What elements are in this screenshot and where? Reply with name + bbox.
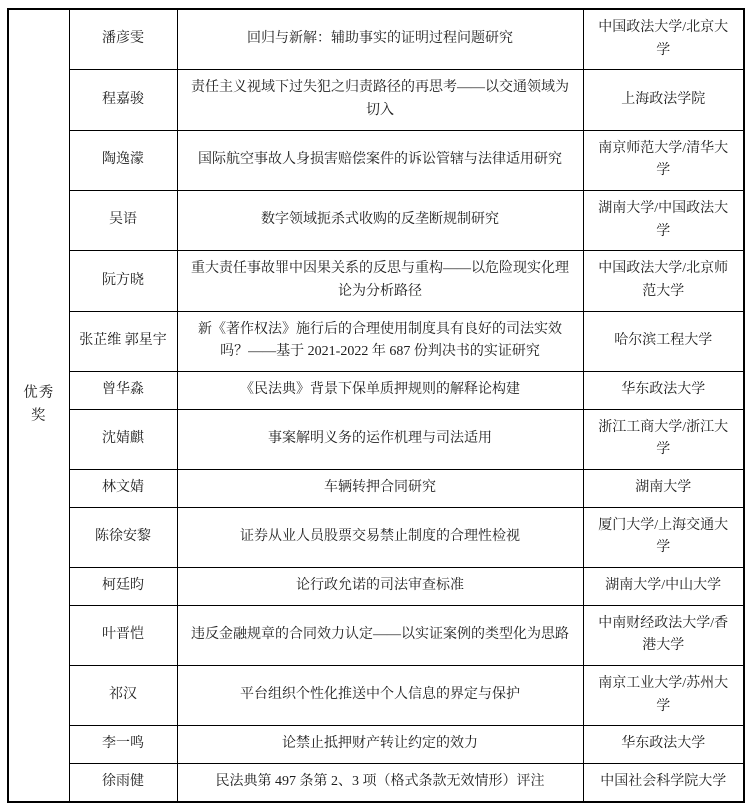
table-row: 程嘉骏 责任主义视域下过失犯之归责路径的再思考——以交通领域为切入 上海政法学院 — [8, 70, 744, 130]
winner-name: 林文婧 — [69, 470, 177, 508]
winner-school: 湖南大学/中山大学 — [583, 568, 744, 606]
winner-school: 湖南大学 — [583, 470, 744, 508]
winner-school: 浙江工商大学/浙江大学 — [583, 409, 744, 469]
page: 优秀奖 潘彦雯 回归与新解：辅助事实的证明过程问题研究 中国政法大学/北京大学 … — [0, 0, 750, 811]
table-row: 曾华淼 《民法典》背景下保单质押规则的解释论构建 华东政法大学 — [8, 372, 744, 410]
winner-name: 沈婧麒 — [69, 409, 177, 469]
winner-name: 张芷维 郭星宇 — [69, 311, 177, 371]
table-row: 徐雨健 民法典第 497 条第 2、3 项（格式条款无效情形）评注 中国社会科学… — [8, 764, 744, 802]
table-row: 陶逸濛 国际航空事故人身损害赔偿案件的诉讼管辖与法律适用研究 南京师范大学/清华… — [8, 130, 744, 190]
winner-name: 徐雨健 — [69, 764, 177, 802]
table-row: 柯廷昀 论行政允诺的司法审查标准 湖南大学/中山大学 — [8, 568, 744, 606]
paper-title: 责任主义视域下过失犯之归责路径的再思考——以交通领域为切入 — [177, 70, 583, 130]
paper-title: 平台组织个性化推送中个人信息的界定与保护 — [177, 666, 583, 726]
table-row: 祁汉 平台组织个性化推送中个人信息的界定与保护 南京工业大学/苏州大学 — [8, 666, 744, 726]
paper-title: 论行政允诺的司法审查标准 — [177, 568, 583, 606]
winner-school: 上海政法学院 — [583, 70, 744, 130]
winner-school: 湖南大学/中国政法大学 — [583, 191, 744, 251]
winner-school: 华东政法大学 — [583, 726, 744, 764]
awards-table-body: 优秀奖 潘彦雯 回归与新解：辅助事实的证明过程问题研究 中国政法大学/北京大学 … — [8, 9, 744, 802]
winner-name: 吴语 — [69, 191, 177, 251]
winner-school: 南京师范大学/清华大学 — [583, 130, 744, 190]
winner-name: 祁汉 — [69, 666, 177, 726]
winner-school: 南京工业大学/苏州大学 — [583, 666, 744, 726]
paper-title: 违反金融规章的合同效力认定——以实证案例的类型化为思路 — [177, 605, 583, 665]
paper-title: 事案解明义务的运作机理与司法适用 — [177, 409, 583, 469]
table-row: 阮方晓 重大责任事故罪中因果关系的反思与重构——以危险现实化理论为分析路径 中国… — [8, 251, 744, 311]
winner-school: 哈尔滨工程大学 — [583, 311, 744, 371]
winner-school: 华东政法大学 — [583, 372, 744, 410]
winner-name: 李一鸣 — [69, 726, 177, 764]
paper-title: 国际航空事故人身损害赔偿案件的诉讼管辖与法律适用研究 — [177, 130, 583, 190]
winner-school: 中南财经政法大学/香港大学 — [583, 605, 744, 665]
paper-title: 《民法典》背景下保单质押规则的解释论构建 — [177, 372, 583, 410]
winner-name: 阮方晓 — [69, 251, 177, 311]
awards-table: 优秀奖 潘彦雯 回归与新解：辅助事实的证明过程问题研究 中国政法大学/北京大学 … — [7, 8, 745, 803]
table-row: 陈徐安黎 证券从业人员股票交易禁止制度的合理性检视 厦门大学/上海交通大学 — [8, 507, 744, 567]
paper-title: 新《著作权法》施行后的合理使用制度具有良好的司法实效吗？——基于 2021-20… — [177, 311, 583, 371]
table-row: 李一鸣 论禁止抵押财产转让约定的效力 华东政法大学 — [8, 726, 744, 764]
table-row: 张芷维 郭星宇 新《著作权法》施行后的合理使用制度具有良好的司法实效吗？——基于… — [8, 311, 744, 371]
table-row: 叶晋恺 违反金融规章的合同效力认定——以实证案例的类型化为思路 中南财经政法大学… — [8, 605, 744, 665]
paper-title: 车辆转押合同研究 — [177, 470, 583, 508]
winner-name: 叶晋恺 — [69, 605, 177, 665]
winner-name: 潘彦雯 — [69, 9, 177, 70]
paper-title: 数字领域扼杀式收购的反垄断规制研究 — [177, 191, 583, 251]
paper-title: 回归与新解：辅助事实的证明过程问题研究 — [177, 9, 583, 70]
winner-school: 中国政法大学/北京师范大学 — [583, 251, 744, 311]
winner-school: 中国社会科学院大学 — [583, 764, 744, 802]
winner-name: 曾华淼 — [69, 372, 177, 410]
paper-title: 民法典第 497 条第 2、3 项（格式条款无效情形）评注 — [177, 764, 583, 802]
table-row: 林文婧 车辆转押合同研究 湖南大学 — [8, 470, 744, 508]
winner-school: 中国政法大学/北京大学 — [583, 9, 744, 70]
paper-title: 重大责任事故罪中因果关系的反思与重构——以危险现实化理论为分析路径 — [177, 251, 583, 311]
table-row: 吴语 数字领域扼杀式收购的反垄断规制研究 湖南大学/中国政法大学 — [8, 191, 744, 251]
winner-name: 陈徐安黎 — [69, 507, 177, 567]
paper-title: 证券从业人员股票交易禁止制度的合理性检视 — [177, 507, 583, 567]
table-row: 沈婧麒 事案解明义务的运作机理与司法适用 浙江工商大学/浙江大学 — [8, 409, 744, 469]
winner-name: 柯廷昀 — [69, 568, 177, 606]
winner-name: 程嘉骏 — [69, 70, 177, 130]
winner-school: 厦门大学/上海交通大学 — [583, 507, 744, 567]
table-row: 优秀奖 潘彦雯 回归与新解：辅助事实的证明过程问题研究 中国政法大学/北京大学 — [8, 9, 744, 70]
winner-name: 陶逸濛 — [69, 130, 177, 190]
paper-title: 论禁止抵押财产转让约定的效力 — [177, 726, 583, 764]
award-category-cell: 优秀奖 — [8, 9, 69, 802]
